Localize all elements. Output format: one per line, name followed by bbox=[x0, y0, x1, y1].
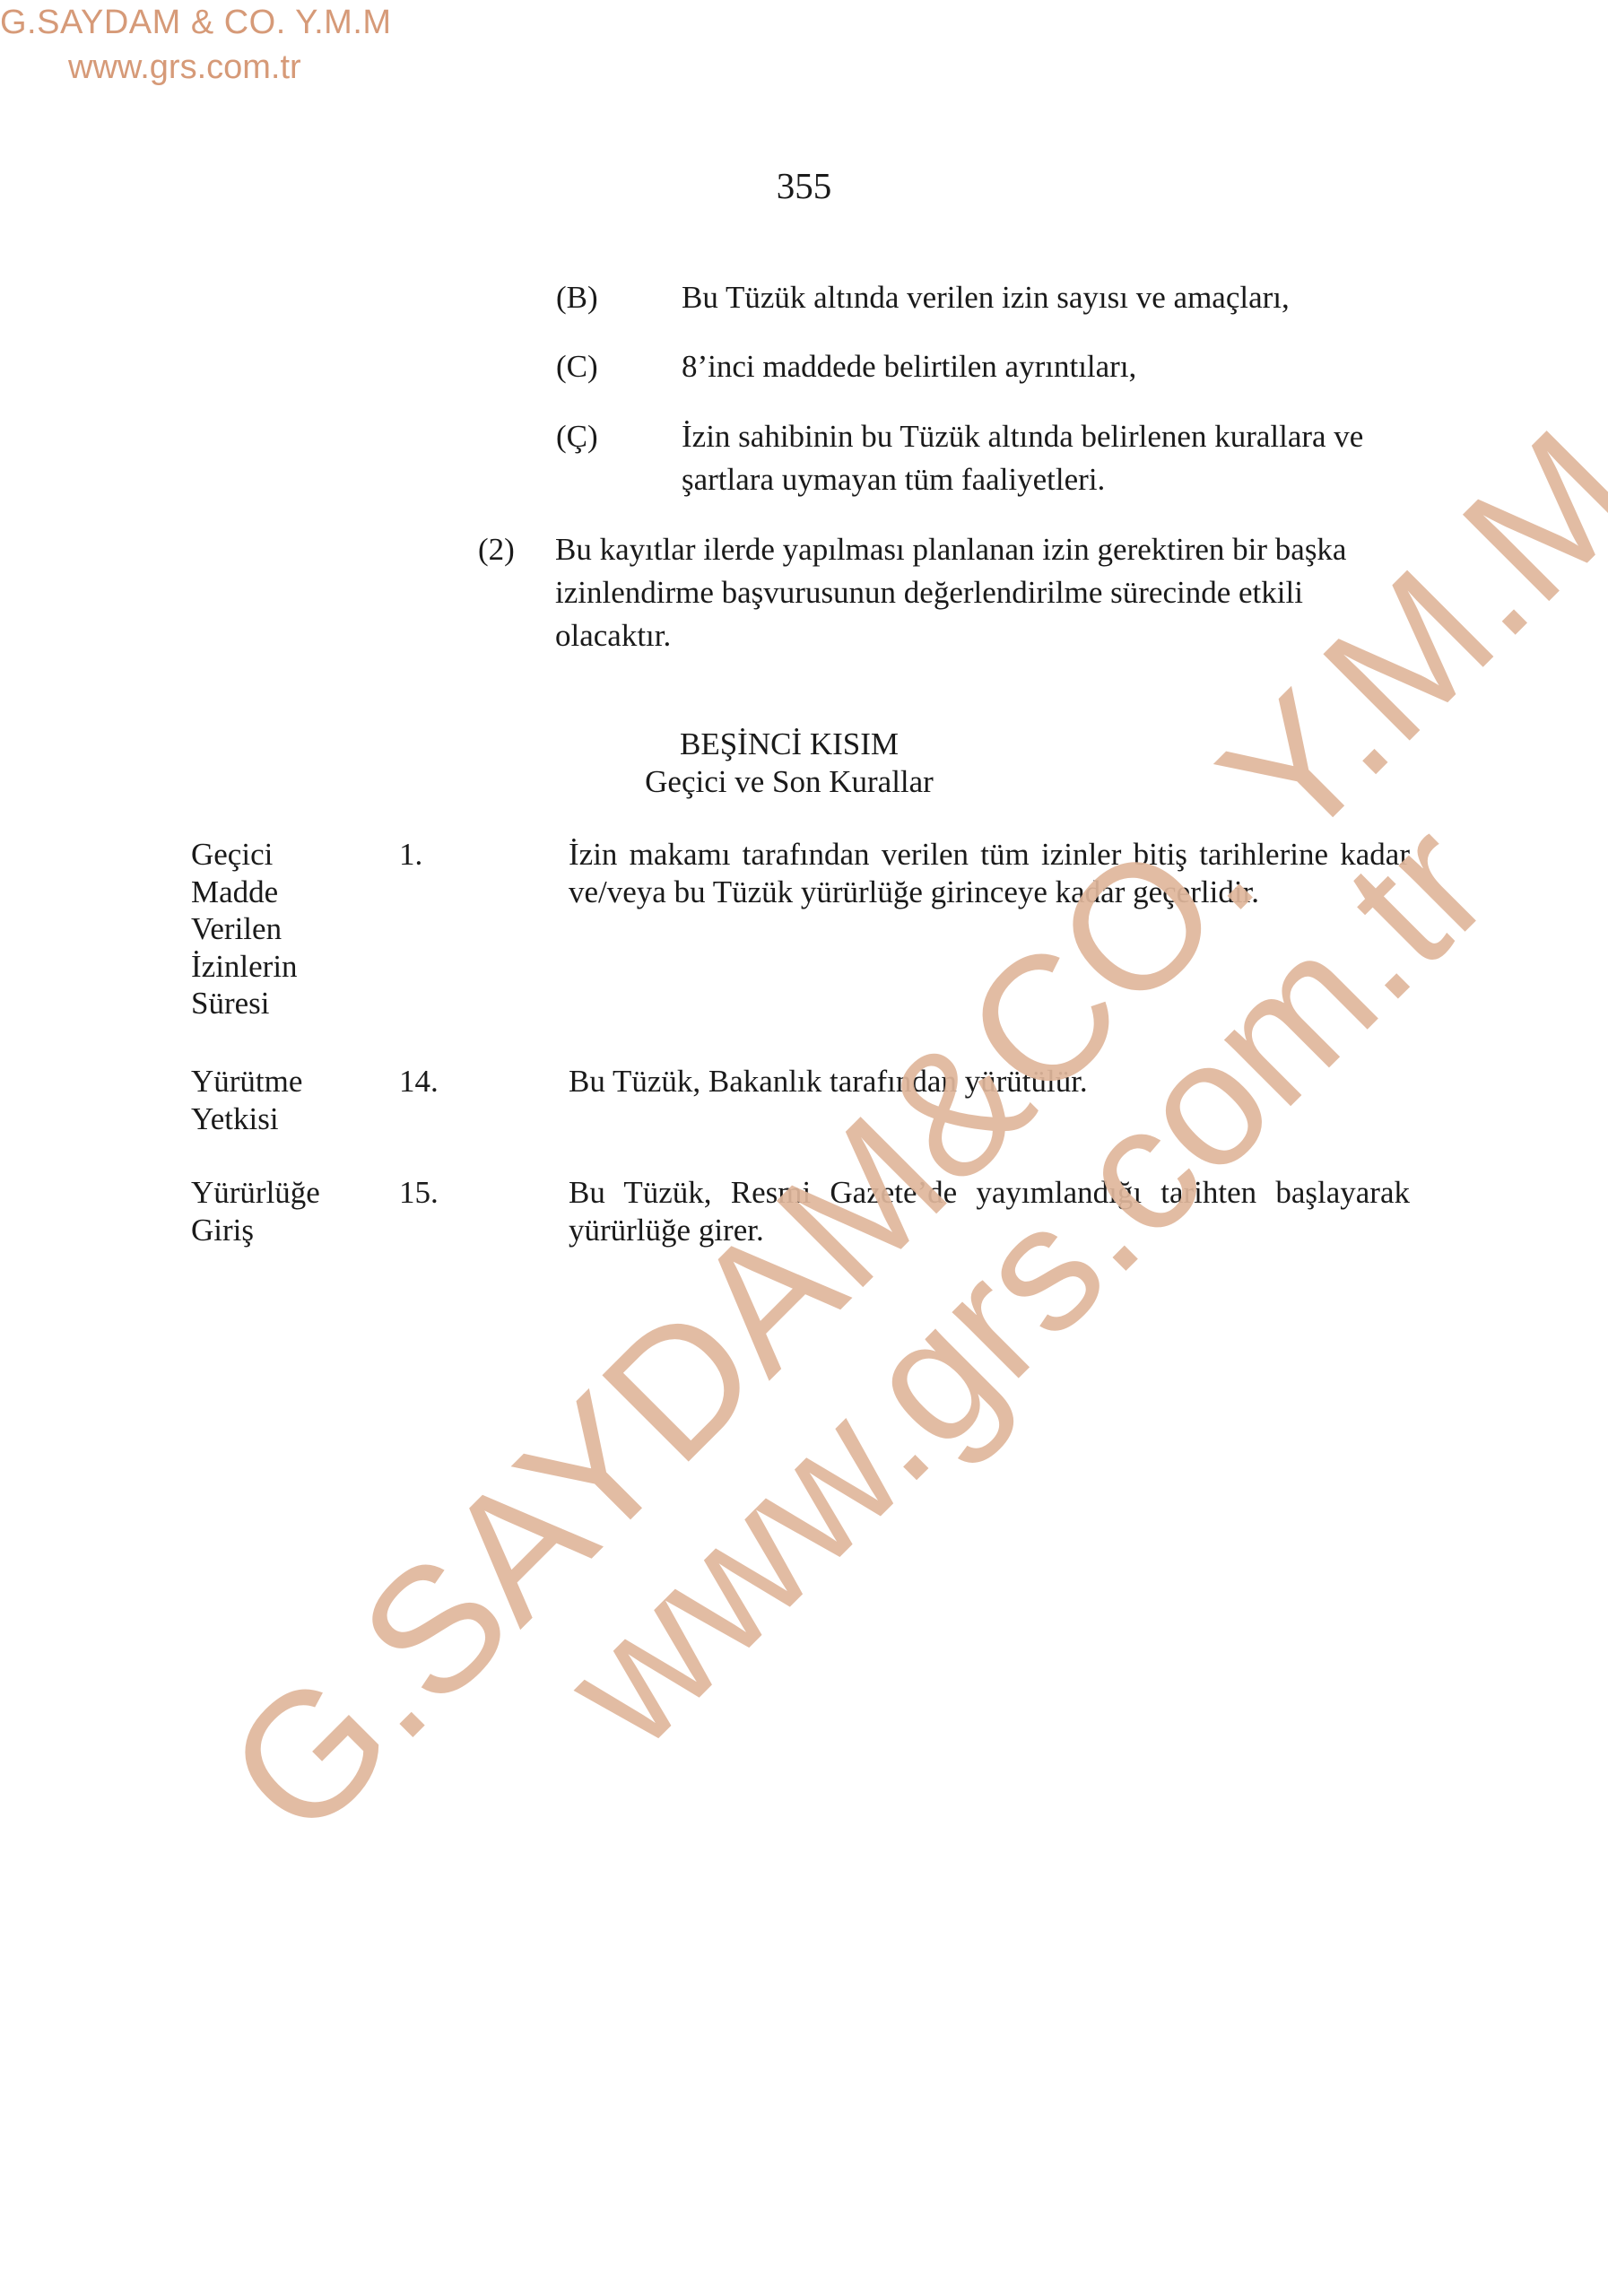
side-heading-line: Verilen bbox=[191, 910, 298, 948]
document-page: 355 (B) Bu Tüzük altında verilen izin sa… bbox=[0, 0, 1608, 2296]
list-item-c-text: 8’inci maddede belirtilen ayrıntıları, bbox=[682, 345, 1136, 388]
article-text: Bu Tüzük, Resmi Gazete’de yayımlandığı t… bbox=[569, 1174, 1410, 1248]
list-marker-c-cedilla: (Ç) bbox=[556, 415, 598, 458]
section-title: BEŞİNCİ KISIM bbox=[0, 723, 1578, 766]
page-number: 355 bbox=[0, 164, 1608, 207]
section-subtitle: Geçici ve Son Kurallar bbox=[0, 761, 1578, 804]
paragraph-2-line3: olacaktır. bbox=[555, 614, 671, 657]
side-heading-line: Yürütme bbox=[191, 1063, 302, 1100]
article-number: 14. bbox=[399, 1063, 439, 1100]
side-heading-line: Giriş bbox=[191, 1212, 320, 1249]
article-side-heading: Geçici Madde Verilen İzinlerin Süresi bbox=[191, 836, 298, 1022]
article-number: 1. bbox=[399, 836, 422, 874]
list-item-c-cedilla-line1: İzin sahibinin bu Tüzük altında belirlen… bbox=[682, 415, 1363, 458]
side-heading-line: Geçici bbox=[191, 836, 298, 874]
side-heading-line: Süresi bbox=[191, 985, 298, 1022]
article-text: Bu Tüzük, Bakanlık tarafından yürütülür. bbox=[569, 1063, 1088, 1100]
article-side-heading: Yürürlüğe Giriş bbox=[191, 1174, 320, 1248]
paragraph-2-line2: izinlendirme başvurusunun değerlendirilm… bbox=[555, 571, 1303, 614]
list-marker-b: (B) bbox=[556, 276, 598, 319]
paragraph-2-line1: Bu kayıtlar ilerde yapılması planlanan i… bbox=[555, 528, 1346, 571]
side-heading-line: Yürürlüğe bbox=[191, 1174, 320, 1212]
side-heading-line: Madde bbox=[191, 874, 298, 911]
list-item-b-text: Bu Tüzük altında verilen izin sayısı ve … bbox=[682, 276, 1290, 319]
article-side-heading: Yürütme Yetkisi bbox=[191, 1063, 302, 1137]
list-item-c-cedilla-line2: şartlara uymayan tüm faaliyetleri. bbox=[682, 458, 1105, 501]
article-number: 15. bbox=[399, 1174, 439, 1212]
side-heading-line: Yetkisi bbox=[191, 1100, 302, 1138]
article-text: İzin makamı tarafından verilen tüm izinl… bbox=[569, 836, 1410, 910]
list-marker-c: (C) bbox=[556, 345, 598, 388]
side-heading-line: İzinlerin bbox=[191, 948, 298, 986]
paragraph-2-marker: (2) bbox=[478, 528, 515, 571]
